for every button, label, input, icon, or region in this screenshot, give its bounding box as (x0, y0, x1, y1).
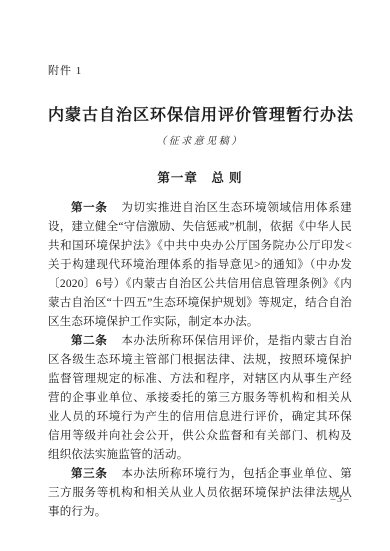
paragraph-article-2: 第二条 本办法所称环保信用评价，是指内蒙古自治区各级生态环境主管部门根据法律、法… (48, 332, 352, 465)
document-page: 附件 1 内蒙古自治区环保信用评价管理暂行办法 （征求意见稿） 第一章 总 则 … (0, 0, 390, 551)
document-body: 第一条 为切实推进自治区生态环境领域信用体系建设，建立健全“守信激励、失信惩戒”… (48, 199, 352, 522)
article-1-number: 第一条 (71, 202, 108, 214)
attachment-label: 附件 1 (48, 62, 352, 78)
document-title: 内蒙古自治区环保信用评价管理暂行办法 (48, 102, 352, 125)
paragraph-article-1: 第一条 为切实推进自治区生态环境领域信用体系建设，建立健全“守信激励、失信惩戒”… (48, 199, 352, 332)
article-1-text: 为切实推进自治区生态环境领域信用体系建设，建立健全“守信激励、失信惩戒”机制，依… (48, 202, 352, 328)
page-number: –3– (331, 494, 351, 505)
article-2-text: 本办法所称环保信用评价，是指内蒙古自治区各级生态环境主管部门根据法律、法规，按照… (48, 335, 352, 461)
document-subtitle: （征求意见稿） (48, 132, 352, 147)
article-2-number: 第二条 (71, 335, 108, 347)
paragraph-article-3: 第三条 本办法所称环境行为，包括企事业单位、第三方服务等机构和相关从业人员依据环… (48, 465, 352, 522)
chapter-heading: 第一章 总 则 (48, 168, 352, 186)
article-3-number: 第三条 (71, 468, 108, 480)
